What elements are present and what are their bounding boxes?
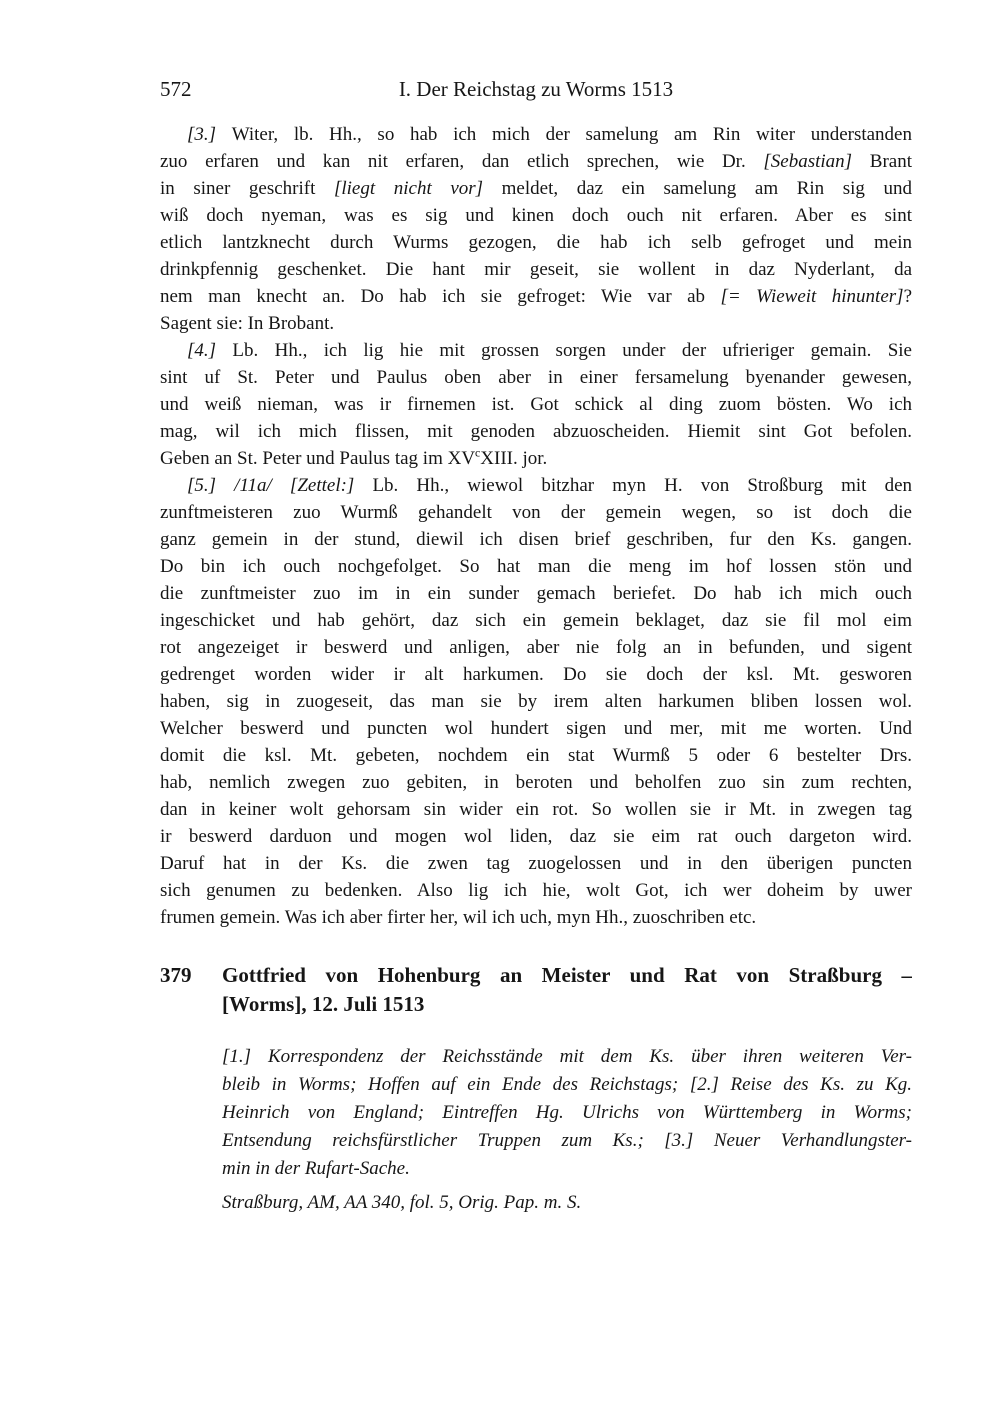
text-line: nem man knecht an. Do hab ich sie gefrog…: [160, 283, 912, 310]
text-line: Daruf hat in der Ks. die zwen tag zuogel…: [160, 850, 912, 877]
text-line: sint uf St. Peter und Paulus oben aber i…: [160, 364, 912, 391]
text-line: [5.] /11a/ [Zettel:] Lb. Hh., wiewol bit…: [160, 472, 912, 499]
entry-title: Gottfried von Hohenburg an Meister und R…: [222, 961, 912, 1019]
text-line: ir beswerd darduon und mogen wol liden, …: [160, 823, 912, 850]
text-line: [1.] Korrespondenz der Reichsstände mit …: [222, 1043, 912, 1071]
text-line: [3.] Witer, lb. Hh., so hab ich mich der…: [160, 121, 912, 148]
entry-number: 379: [160, 961, 222, 1217]
text-line: in siner geschrift [liegt nicht vor] mel…: [160, 175, 912, 202]
text-line: zunftmeisteren zuo Wurmß gehandelt von d…: [160, 499, 912, 526]
entry-content: Gottfried von Hohenburg an Meister und R…: [222, 961, 912, 1217]
text-line: rot angezeiget ir beswerd und anligen, a…: [160, 634, 912, 661]
text-line: Straßburg, AM, AA 340, fol. 5, Orig. Pap…: [222, 1189, 912, 1217]
text-line: mag, wil ich mich flissen, mit genoden a…: [160, 418, 912, 445]
text-line: ingeschicket und hab gehört, daz sich ei…: [160, 607, 912, 634]
text-line: Welcher beswerd und puncten wol hundert …: [160, 715, 912, 742]
paragraph-4: [4.] Lb. Hh., ich lig hie mit grossen so…: [160, 337, 912, 472]
text-line: sich genumen zu bedenken. Also lig ich h…: [160, 877, 912, 904]
text-line: dan in keiner wolt gehorsam sin wider ei…: [160, 796, 912, 823]
page-number: 572: [160, 76, 192, 103]
text-line: min in der Rufart-Sache.: [222, 1155, 912, 1183]
text-line: hab, nemlich zwegen zuo gebiten, in bero…: [160, 769, 912, 796]
text-line: drinkpfennig geschenket. Die hant mir ge…: [160, 256, 912, 283]
text-line: die zunftmeister zuo im in ein sunder ge…: [160, 580, 912, 607]
text-line: Heinrich von England; Eintreffen Hg. Ulr…: [222, 1099, 912, 1127]
text-line: Gottfried von Hohenburg an Meister und R…: [222, 961, 912, 990]
paragraph-3: [3.] Witer, lb. Hh., so hab ich mich der…: [160, 121, 912, 337]
text-line: [Worms], 12. Juli 1513: [222, 990, 912, 1019]
page-header: 572 I. Der Reichstag zu Worms 1513: [160, 76, 912, 103]
text-line: Entsendung reichsfürstlicher Truppen zum…: [222, 1127, 912, 1155]
text-line: wiß doch nyeman, was es sig und kinen do…: [160, 202, 912, 229]
text-line: Do bin ich ouch nochgefolget. So hat man…: [160, 553, 912, 580]
text-line: Sagent sie: In Brobant.: [160, 310, 912, 337]
entry-summary: [1.] Korrespondenz der Reichsstände mit …: [222, 1043, 912, 1183]
text-line: Geben an St. Peter und Paulus tag im XVc…: [160, 445, 912, 472]
text-line: haben, sig in zuogeseit, das man sie by …: [160, 688, 912, 715]
running-title: I. Der Reichstag zu Worms 1513: [160, 76, 912, 103]
entry-379: 379 Gottfried von Hohenburg an Meister u…: [160, 961, 912, 1217]
text-line: und weiß nieman, was ir firnemen ist. Go…: [160, 391, 912, 418]
entry-source: Straßburg, AM, AA 340, fol. 5, Orig. Pap…: [222, 1189, 912, 1217]
paragraph-5: [5.] /11a/ [Zettel:] Lb. Hh., wiewol bit…: [160, 472, 912, 931]
text-line: ganz gemein in der stund, diewil ich dis…: [160, 526, 912, 553]
book-page: 572 I. Der Reichstag zu Worms 1513 [3.] …: [0, 0, 1004, 1418]
letter-body: [3.] Witer, lb. Hh., so hab ich mich der…: [160, 121, 912, 931]
text-line: [4.] Lb. Hh., ich lig hie mit grossen so…: [160, 337, 912, 364]
text-line: bleib in Worms; Hoffen auf ein Ende des …: [222, 1071, 912, 1099]
text-line: etlich lantzknecht durch Wurms gezogen, …: [160, 229, 912, 256]
text-line: zuo erfaren und kan nit erfaren, dan etl…: [160, 148, 912, 175]
text-line: domit die ksl. Mt. gebeten, nochdem ein …: [160, 742, 912, 769]
text-line: frumen gemein. Was ich aber firter her, …: [160, 904, 912, 931]
text-line: gedrenget worden wider ir alt harkumen. …: [160, 661, 912, 688]
